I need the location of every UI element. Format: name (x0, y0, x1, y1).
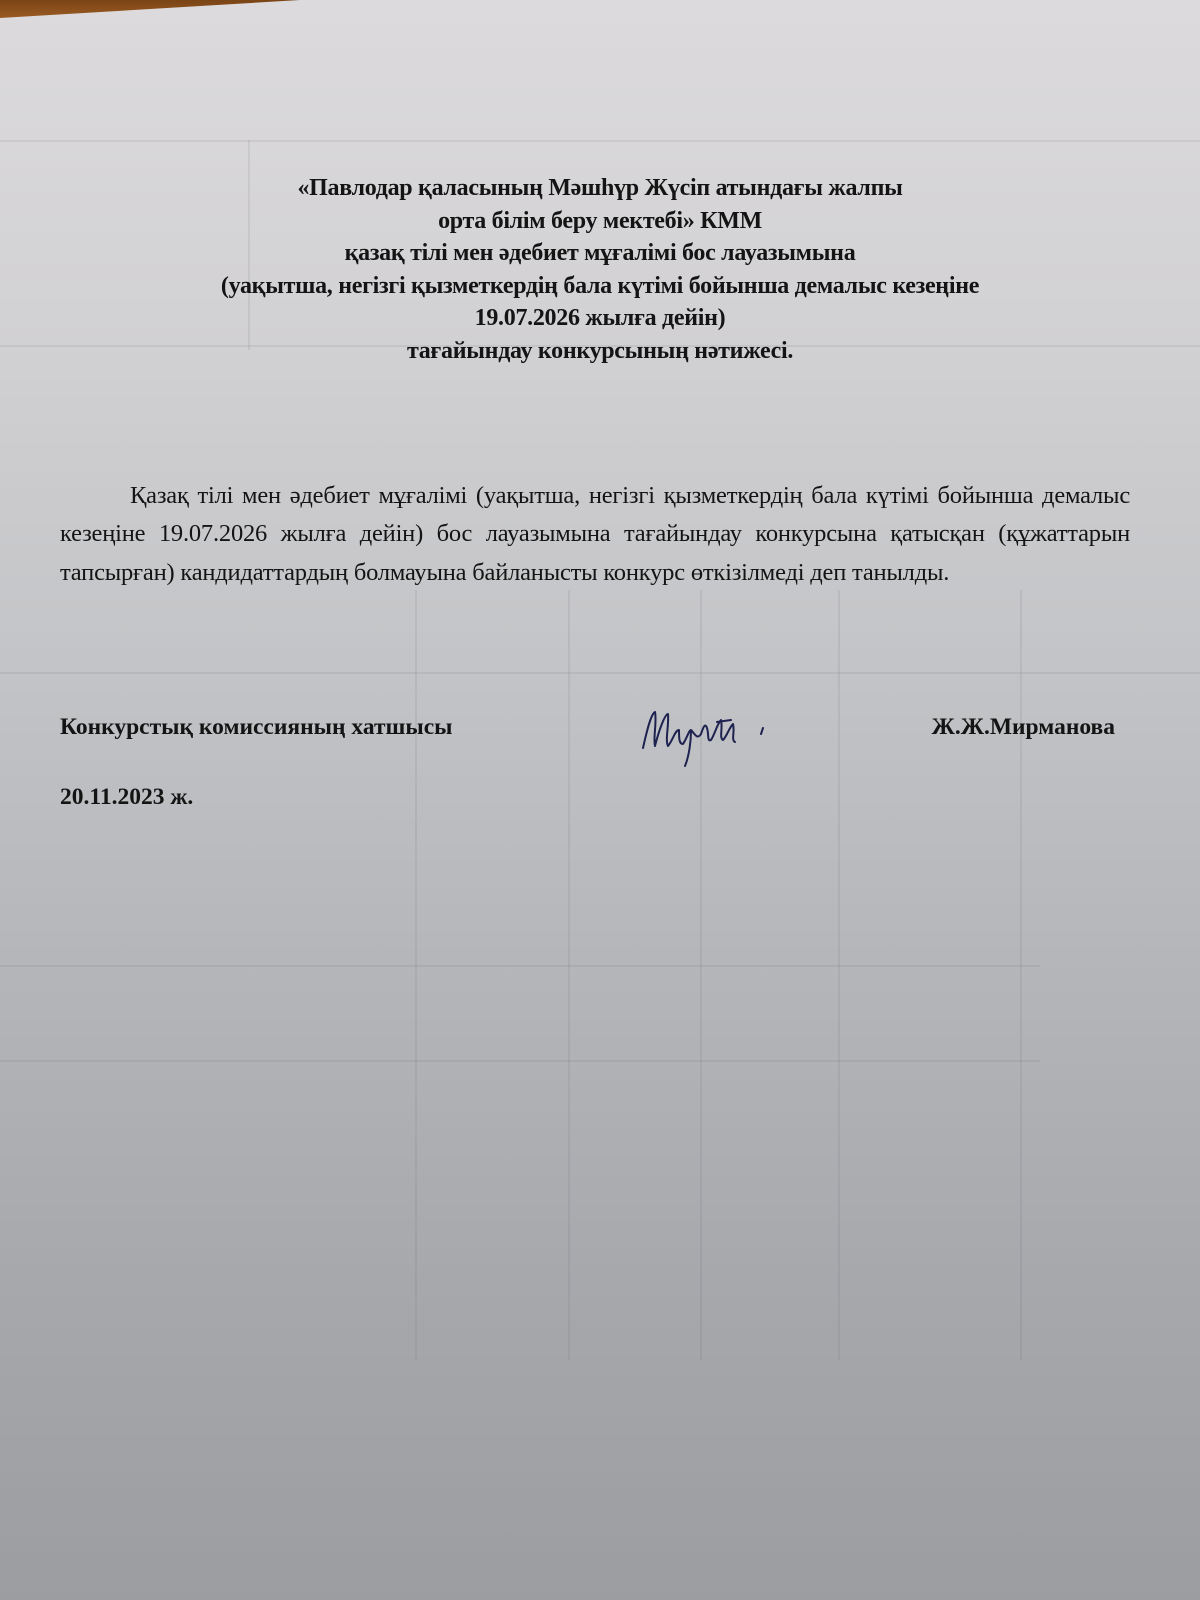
secretary-title: Конкурстық комиссияның хатшысы (60, 714, 453, 741)
body-paragraph: Қазақ тілі мен әдебиет мұғалімі (уақытша… (60, 477, 1130, 593)
title-line-6: тағайындау конкурсының нәтижесі. (40, 335, 1160, 368)
handwritten-signature-icon (635, 700, 785, 770)
signature-block: Конкурстық комиссияның хатшысы Ж.Ж.Мирма… (60, 708, 1115, 758)
title-line-3: қазақ тілі мен әдебиет мұғалімі бос лауа… (40, 237, 1160, 270)
title-line-2: орта білім беру мектебі» КММ (40, 205, 1160, 238)
document-date: 20.11.2023 ж. (60, 784, 193, 811)
title-line-4: (уақытша, негізгі қызметкердің бала күті… (40, 270, 1160, 303)
document-title: «Павлодар қаласының Мәшһүр Жүсіп атындағ… (40, 172, 1160, 367)
title-line-5: 19.07.2026 жылға дейін) (40, 302, 1160, 335)
table-surface-corner (0, 0, 300, 18)
secretary-name: Ж.Ж.Мирманова (932, 714, 1115, 741)
title-line-1: «Павлодар қаласының Мәшһүр Жүсіп атындағ… (40, 172, 1160, 205)
